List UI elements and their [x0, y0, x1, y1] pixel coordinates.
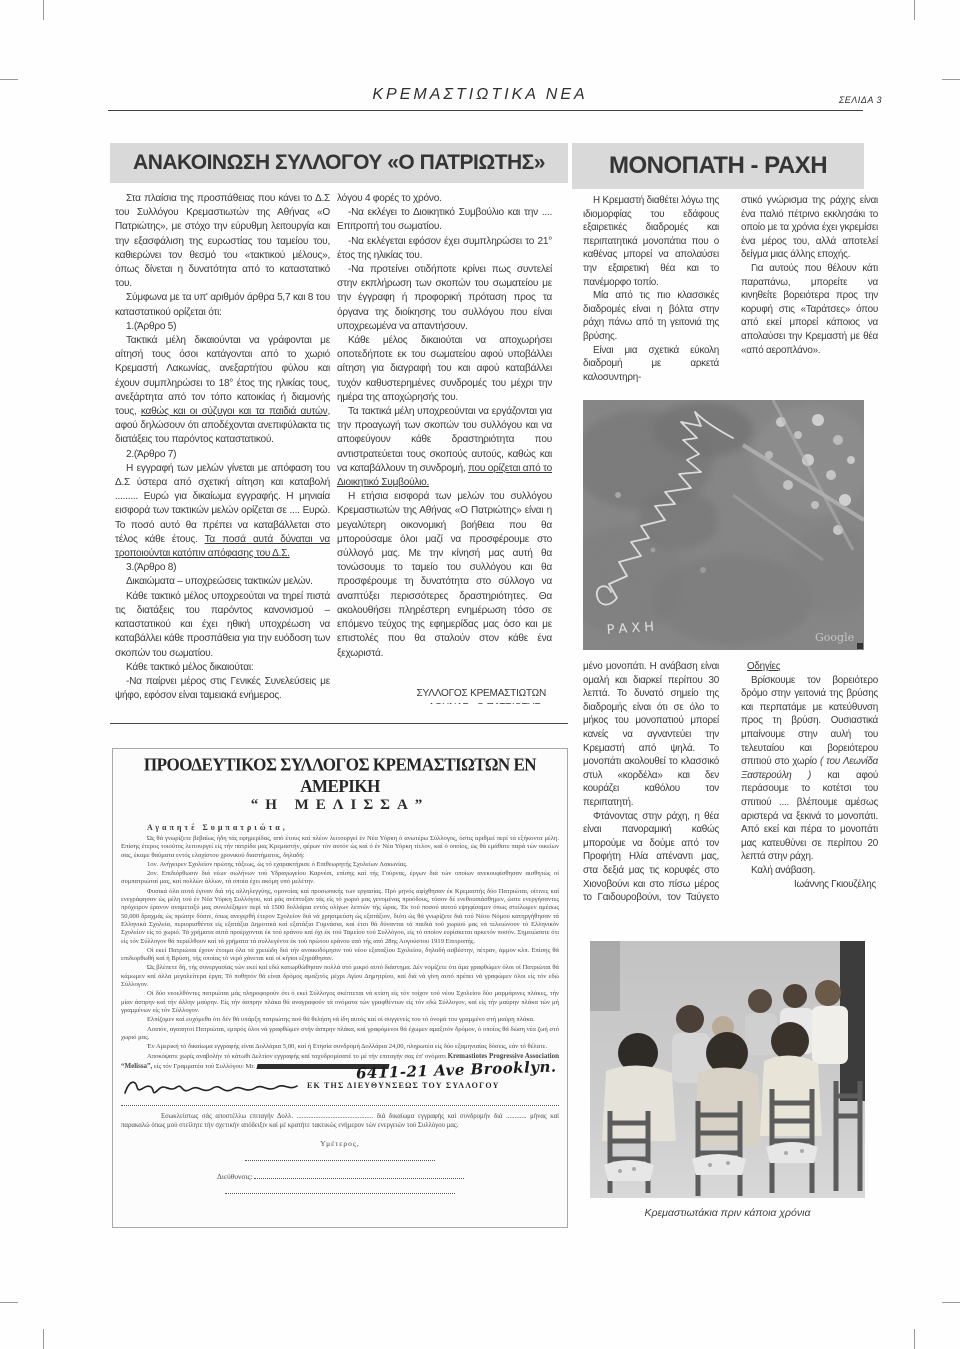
paragraph-text: Τακτικά μέλη δικαιούνται να γράφονται με… [115, 335, 330, 417]
dotted-blank [254, 1178, 464, 1179]
paragraph-text: και αφού περάσουμε το κοτέτσι του σπιτιο… [741, 770, 878, 863]
direction-note: ΕΚ ΤΗΣ ΔΙΕΥΘΥΝΣΕΩΣ ΤΟΥ ΣΥΛΛΟΓΟΥ [307, 1081, 500, 1090]
path-column-2: στικό γνώρισμα της ράχης είναι ένα παλιό… [741, 194, 878, 394]
paragraph: Ελπίζομεν καί ευχόμεθα ότι δέν θά υπάρξη… [121, 1016, 559, 1024]
paragraph: Φυσικά όλα αυτά έγιναν διά τής αλληλεγγύ… [121, 888, 559, 946]
dotted-rule [121, 1105, 559, 1106]
paragraph: Η εγγραφή των μελών γίνεται με απόφαση τ… [115, 462, 330, 561]
paragraph: Κάθε τακτικό μέλος υποχρεούται να τηρεί … [115, 590, 330, 661]
paragraph: Τα τακτικά μέλη υποχρεούνται να εργάζοντ… [337, 405, 552, 490]
paragraph: Έν Αμερική τό δικαίωμα εγγραφής είναι Δο… [121, 1043, 559, 1051]
section-divider [110, 723, 568, 724]
crop-mark [0, 1302, 18, 1303]
masthead-rule [108, 110, 863, 111]
address-field: Διεύθυνσις: [217, 1172, 559, 1181]
article-signature: ΣΥΛΛΟΓΟΣ ΚΡΕΜΑΣΤΙΩΤΩΝ ΑΘΗΝΑΣ «Ο ΠΑΤΡΙΩΤΗ… [337, 687, 552, 704]
document-body: Ώς θά γνωρίζετε βεβαίως ήδη τάς εφημερίδ… [121, 835, 559, 1071]
paragraph: Οί εκεί Πατριώται έχουν έτοιμα όλα τά χρ… [121, 947, 559, 964]
paragraph: Φτάνοντας στην ράχη, η θέα είναι πανοραμ… [583, 810, 719, 902]
paragraph: λόγου 4 φορές το χρόνο. [337, 192, 552, 206]
document-title: ΠΡΟΟΔΕΥΤΙΚΟΣ ΣΥΛΛΟΓΟΣ ΚΡΕΜΑΣΤΙΩΤΩΝ ΕΝ ΑΜ… [121, 755, 559, 797]
paragraph-text: Βρίσκουμε τον βορειότερο δρόμο στην γειτ… [741, 675, 878, 768]
paragraph: Κάθε μέλος δικαιούται να αποχωρήσει οποτ… [337, 334, 552, 405]
paragraph: Για αυτούς που θέλουν κάτι παραπάνω, μπο… [741, 262, 878, 357]
newspaper-title: ΚΡΕΜΑΣΤΙΩΤΙΚΑ ΝΕΑ [0, 86, 960, 104]
children-photo [590, 941, 865, 1198]
document-signature-row: ΕΚ ΤΗΣ ΔΙΕΥΘΥΝΣΕΩΣ ΤΟΥ ΣΥΛΛΟΓΟΥ 6411-21 … [121, 1073, 559, 1103]
paragraph-text: Αποκόψατε χωρίς αναβολήν τό κάτωθι Δελτί… [147, 1053, 448, 1060]
paragraph: Ώς βλέπετε δή, τής συνεργασίας τών εκεί … [121, 964, 559, 989]
paragraph: Βρίσκουμε τον βορειότερο δρόμο στην γειτ… [741, 674, 878, 864]
paragraph: Η ετήσια εισφορά των μελών του συλλόγου … [337, 490, 552, 660]
crop-mark [914, 1329, 915, 1349]
newspaper-page: ΚΡΕΜΑΣΤΙΩΤΙΚΑ ΝΕΑ ΣΕΛΙΔΑ 3 ΑΝΑΚΟΙΝΩΣΗ ΣΥ… [0, 0, 960, 1349]
document-salutation: Αγαπητέ Συμπατριώτα, [147, 823, 559, 832]
paragraph: Τακτικά μέλη δικαιούνται να γράφονται με… [115, 334, 330, 448]
crop-mark [914, 0, 915, 20]
aerial-map-photo: ΡΑΧΗ Google [583, 400, 864, 650]
path-column-3: μένο μονοπάτι. Η ανάβαση είναι ομαλή και… [583, 660, 719, 902]
paragraph: -Να λαμβάνει δωρεάν την εφημερίδα του συ… [115, 703, 330, 704]
paragraph: -Να προτείνει οτιδήποτε κρίνει πως συντε… [337, 263, 552, 334]
signature-line: ΑΘΗΝΑΣ «Ο ΠΑΤΡΙΩΤΗΣ» [337, 701, 546, 704]
paragraph: Στα πλαίσια της προσπάθειας που κάνει το… [115, 192, 330, 291]
signature-line: ΣΥΛΛΟΓΟΣ ΚΡΕΜΑΣΤΙΩΤΩΝ [337, 687, 546, 701]
paragraph: Σύμφωνα με τα υπ' αριθμόν άρθρα 5,7 και … [115, 291, 330, 319]
paragraph: Μία από τις πιο κλασσικές διαδρομές είνα… [583, 289, 719, 343]
paragraph-text: είς τόν Γραμματέα τού Συλλόγου: Mr. [152, 1063, 256, 1070]
directions-heading: Οδηγίες [741, 660, 878, 674]
page-number: ΣΕΛΙΔΑ 3 [822, 95, 882, 105]
underlined-text: καθώς και οι σύζυγοι και τα παιδιά αυτών [141, 406, 328, 417]
paragraph-text: Η εγγραφή των μελών γίνεται με απόφαση τ… [115, 463, 330, 545]
paragraph: Η Κρεμαστή διαθέτει λόγω της ιδιομορφίας… [583, 194, 719, 289]
announcement-headline: ΑΝΑΚΟΙΝΩΣΗ ΣΥΛΛΟΓΟΥ «Ο ΠΑΤΡΙΩΤΗΣ» [110, 143, 568, 183]
paragraph: Καλή ανάβαση. [741, 864, 878, 878]
announcement-column-2: λόγου 4 φορές το χρόνο. -Να εκλέγει το Δ… [337, 192, 552, 704]
path-article-headline: ΜΟΝΟΠΑΤΗ - ΡΑΧΗ [572, 143, 864, 189]
crop-mark [43, 1329, 44, 1349]
photo-caption: Κρεμαστιωτάκια πριν κάποια χρόνια [590, 1207, 865, 1219]
paragraph: 1.(Άρθρο 5) [115, 320, 330, 334]
paragraph: -Να εκλέγεται εφόσον έχει συμπληρώσει το… [337, 235, 552, 263]
address-label: Διεύθυνσις: [217, 1172, 253, 1181]
paragraph: 2.(Άρθρο 7) [115, 448, 330, 462]
crop-mark [942, 79, 960, 80]
paragraph: Δικαιώματα – υποχρεώσεις τακτικών μελών. [115, 575, 330, 589]
dotted-blank [225, 1193, 455, 1194]
enrollment-form: Εσωκλείστως σάς αποστέλλω επιταγήν Δολλ.… [121, 1112, 559, 1130]
announcement-column-1: Στα πλαίσια της προσπάθειας που κάνει το… [115, 192, 330, 704]
closing-yours: Υμέτερος, [121, 1139, 559, 1148]
paragraph: -Να παίρνει μέρος στις Γενικές Συνελεύσε… [115, 675, 330, 703]
crop-mark [43, 0, 44, 20]
handwritten-signature [121, 1075, 301, 1101]
form-text: Εσωκλείστως σάς αποστέλλω επιταγήν Δολλ.… [121, 1112, 559, 1130]
children-photo-image [590, 941, 865, 1198]
author-byline: Ιωάννης Γκιουζέλης [741, 878, 878, 892]
paragraph: Ώς θά γνωρίζετε βεβαίως ήδη τάς εφημερίδ… [121, 835, 559, 860]
paragraph: Είναι μια σχετικά εύκολη διαδρομή με αρκ… [583, 344, 719, 385]
paragraph: Κάθε τακτικό μέλος δικαιούται: [115, 661, 330, 675]
melissa-document-scan: ΠΡΟΟΔΕΥΤΙΚΟΣ ΣΥΛΛΟΓΟΣ ΚΡΕΜΑΣΤΙΩΤΩΝ ΕΝ ΑΜ… [112, 748, 568, 1228]
paragraph: 1ον. Ανήγειρεν Σχολείον πρώτης τάξεως, ώ… [121, 861, 559, 869]
paragraph: στικό γνώρισμα της ράχης είναι ένα παλιό… [741, 194, 878, 262]
paragraph: Οί δύο νεοελθόντες πατριώται μάς πληροφο… [121, 990, 559, 1015]
aerial-map-image: ΡΑΧΗ Google [583, 400, 864, 650]
dotted-blank [245, 1160, 435, 1161]
path-column-4: Οδηγίες Βρίσκουμε τον βορειότερο δρόμο σ… [741, 660, 878, 902]
paragraph: Λοιπόν, αγαπητοί Πατριώται, εμπρός όλοι … [121, 1026, 559, 1043]
paragraph: 3.(Άρθρο 8) [115, 561, 330, 575]
paragraph: μένο μονοπάτι. Η ανάβαση είναι ομαλή και… [583, 660, 719, 810]
crop-mark [942, 1302, 960, 1303]
paragraph: 2ον. Επιδιόρθωσιν διά νέων σωλήνων τού Υ… [121, 870, 559, 887]
paragraph: -Να εκλέγει το Διοικητικό Συμβούλιο και … [337, 206, 552, 234]
document-subtitle: “Η ΜΕΛΙΣΣΑ” [121, 797, 559, 814]
crop-mark [0, 79, 18, 80]
path-column-1: Η Κρεμαστή διαθέτει λόγω της ιδιομορφίας… [583, 194, 719, 394]
